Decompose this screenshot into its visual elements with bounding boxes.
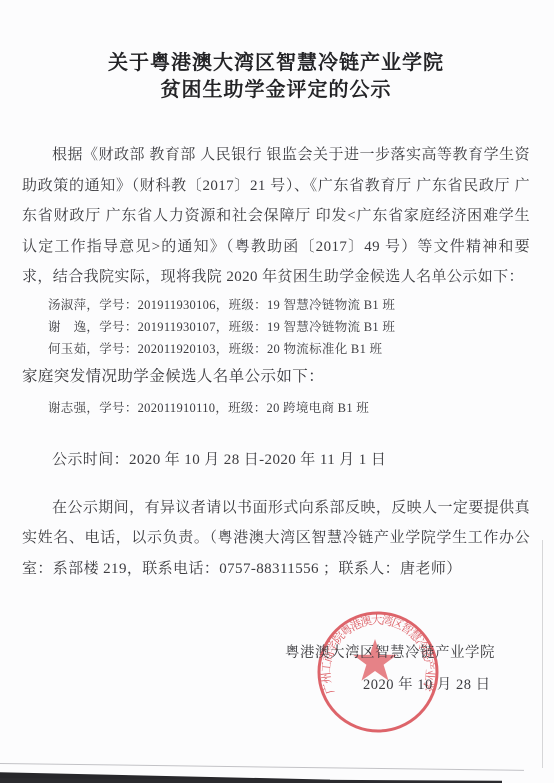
publicity-period: 公示时间：2020 年 10 月 28 日-2020 年 11 月 1 日: [22, 445, 530, 475]
intro-paragraph: 根据《财政部 教育部 人民银行 银监会关于进一步落实高等教育学生资助政策的通知》…: [22, 140, 530, 293]
comma-separator: ，: [86, 298, 99, 312]
title-line-1: 关于粤港澳大湾区智慧冷链产业学院: [22, 50, 530, 77]
comma-separator: ，: [86, 320, 99, 334]
student-id: 201911930107: [138, 320, 216, 334]
document-body: 关于粤港澳大湾区智慧冷链产业学院 贫困生助学金评定的公示 根据《财政部 教育部 …: [22, 50, 530, 584]
class-label: 班级：: [228, 401, 266, 415]
candidate-name: 谢志强: [48, 401, 86, 415]
document-title: 关于粤港澳大湾区智慧冷链产业学院 贫困生助学金评定的公示: [22, 50, 530, 104]
comma-separator: ，: [216, 320, 229, 334]
candidate-name: 谢 逸: [48, 320, 86, 334]
comma-separator: ，: [215, 401, 228, 415]
family-emergency-heading: 家庭突发情况助学金候选人名单公示如下：: [22, 364, 530, 390]
comma-separator: ，: [216, 342, 229, 356]
candidate-name: 汤淑萍: [48, 298, 86, 312]
class-label: 班级：: [229, 298, 267, 312]
title-line-2: 贫困生助学金评定的公示: [22, 77, 530, 104]
student-id-label: 学号：: [99, 298, 137, 312]
class-name: 19 智慧冷链物流 B1 班: [267, 320, 395, 334]
official-seal-stamp: 广州工商学院粤港澳大湾区智慧冷链产业学院: [308, 602, 448, 742]
student-id-label: 学号：: [99, 342, 137, 356]
student-id: 201911930106: [138, 298, 216, 312]
comma-separator: ，: [216, 298, 229, 312]
signature-institution: 粤港澳大湾区智慧冷链产业学院: [285, 641, 495, 662]
class-label: 班级：: [229, 342, 267, 356]
candidate-name: 何玉茹: [48, 342, 86, 356]
candidate-row: 汤淑萍，学号：201911930106，班级：19 智慧冷链物流 B1 班: [48, 294, 530, 316]
student-id-label: 学号：: [99, 320, 137, 334]
signature-date: 2020 年 10 月 28 日: [363, 673, 491, 694]
scanned-notice-page: 关于粤港澳大湾区智慧冷链产业学院 贫困生助学金评定的公示 根据《财政部 教育部 …: [0, 0, 554, 783]
candidate-row: 何玉茹，学号：202011920103，班级：20 物流标准化 B1 班: [48, 338, 530, 360]
class-name: 20 跨境电商 B1 班: [267, 401, 370, 415]
scan-artifact-right-edge: [542, 540, 543, 768]
class-name: 19 智慧冷链物流 B1 班: [267, 298, 395, 312]
candidate-row: 谢 逸，学号：201911930107，班级：19 智慧冷链物流 B1 班: [48, 316, 530, 338]
student-id: 202011910110: [138, 401, 216, 415]
poverty-candidate-list: 汤淑萍，学号：201911930106，班级：19 智慧冷链物流 B1 班 谢 …: [48, 294, 530, 361]
family-emergency-candidate-list: 谢志强，学号：202011910110，班级：20 跨境电商 B1 班: [48, 397, 530, 419]
student-id: 202011920103: [138, 342, 216, 356]
scan-artifact-line: [0, 763, 524, 771]
candidate-row: 谢志强，学号：202011910110，班级：20 跨境电商 B1 班: [48, 397, 530, 419]
class-name: 20 物流标准化 B1 班: [267, 342, 382, 356]
objection-paragraph: 在公示期间，有异议者请以书面形式向系部反映，反映人一定要提供真实姓名、电话，以示…: [22, 493, 530, 585]
comma-separator: ，: [86, 342, 99, 356]
student-id-label: 学号：: [99, 401, 137, 415]
comma-separator: ，: [86, 401, 99, 415]
class-label: 班级：: [229, 320, 267, 334]
